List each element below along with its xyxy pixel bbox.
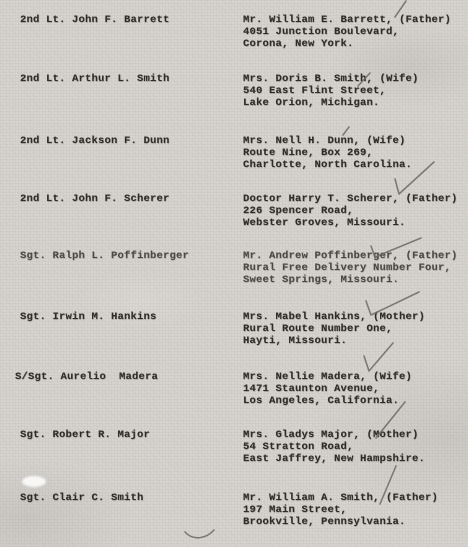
next-of-kin-block: Mrs. Nell H. Dunn, (Wife) Route Nine, Bo… xyxy=(243,135,412,171)
service-member-name: Sgt. Irwin M. Hankins xyxy=(20,311,157,323)
service-member-name: 2nd Lt. Jackson F. Dunn xyxy=(20,135,170,147)
service-member-name: S/Sgt. Aurelio Madera xyxy=(15,371,158,383)
next-of-kin-name: Mrs. Mabel Hankins, (Mother) xyxy=(243,311,425,323)
next-of-kin-name: Doctor Harry T. Scherer, (Father) xyxy=(243,193,458,205)
next-of-kin-block: Mr. Andrew Poffinberger, (Father) Rural … xyxy=(243,250,458,286)
next-of-kin-street: Route Nine, Box 269, xyxy=(243,147,412,159)
next-of-kin-city: Corona, New York. xyxy=(243,38,451,50)
next-of-kin-block: Mrs. Gladys Major, (Mother) 54 Stratton … xyxy=(243,429,425,465)
next-of-kin-block: Mrs. Nellie Madera, (Wife) 1471 Staunton… xyxy=(243,371,412,407)
service-member-name: 2nd Lt. John F. Barrett xyxy=(20,14,170,26)
next-of-kin-street: Rural Free Delivery Number Four, xyxy=(243,262,458,274)
next-of-kin-block: Mr. William E. Barrett, (Father) 4051 Ju… xyxy=(243,14,451,50)
service-member-name: 2nd Lt. John F. Scherer xyxy=(20,193,170,205)
next-of-kin-block: Mrs. Mabel Hankins, (Mother) Rural Route… xyxy=(243,311,425,347)
next-of-kin-street: 4051 Junction Boulevard, xyxy=(243,26,451,38)
paper-flaw-spot xyxy=(22,476,46,487)
next-of-kin-street: Rural Route Number One, xyxy=(243,323,425,335)
next-of-kin-street: 1471 Staunton Avenue, xyxy=(243,383,412,395)
next-of-kin-city: Lake Orion, Michigan. xyxy=(243,97,419,109)
service-member-name: Sgt. Robert R. Major xyxy=(20,429,150,441)
pencil-stray-stroke xyxy=(183,526,217,545)
next-of-kin-street: 54 Stratton Road, xyxy=(243,441,425,453)
next-of-kin-city: Brookville, Pennsylvania. xyxy=(243,516,438,528)
next-of-kin-name: Mrs. Nell H. Dunn, (Wife) xyxy=(243,135,412,147)
next-of-kin-street: 226 Spencer Road, xyxy=(243,205,458,217)
next-of-kin-city: Hayti, Missouri. xyxy=(243,335,425,347)
next-of-kin-name: Mr. William A. Smith, (Father) xyxy=(243,492,438,504)
next-of-kin-city: East Jaffrey, New Hampshire. xyxy=(243,453,425,465)
service-member-name: Sgt. Ralph L. Poffinberger xyxy=(20,250,189,262)
next-of-kin-name: Mrs. Doris B. Smith, (Wife) xyxy=(243,73,419,85)
next-of-kin-city: Sweet Springs, Missouri. xyxy=(243,274,458,286)
next-of-kin-name: Mrs. Gladys Major, (Mother) xyxy=(243,429,425,441)
service-member-name: 2nd Lt. Arthur L. Smith xyxy=(20,73,170,85)
next-of-kin-block: Mr. William A. Smith, (Father) 197 Main … xyxy=(243,492,438,528)
next-of-kin-city: Charlotte, North Carolina. xyxy=(243,159,412,171)
next-of-kin-street: 197 Main Street, xyxy=(243,504,438,516)
service-member-name: Sgt. Clair C. Smith xyxy=(20,492,144,504)
next-of-kin-city: Webster Groves, Missouri. xyxy=(243,217,458,229)
next-of-kin-street: 540 East Flint Street, xyxy=(243,85,419,97)
next-of-kin-name: Mr. Andrew Poffinberger, (Father) xyxy=(243,250,458,262)
next-of-kin-city: Los Angeles, California. xyxy=(243,395,412,407)
scanned-roster-page: 2nd Lt. John F. Barrett Mr. William E. B… xyxy=(0,0,468,547)
next-of-kin-block: Mrs. Doris B. Smith, (Wife) 540 East Fli… xyxy=(243,73,419,109)
next-of-kin-name: Mrs. Nellie Madera, (Wife) xyxy=(243,371,412,383)
next-of-kin-name: Mr. William E. Barrett, (Father) xyxy=(243,14,451,26)
next-of-kin-block: Doctor Harry T. Scherer, (Father) 226 Sp… xyxy=(243,193,458,229)
